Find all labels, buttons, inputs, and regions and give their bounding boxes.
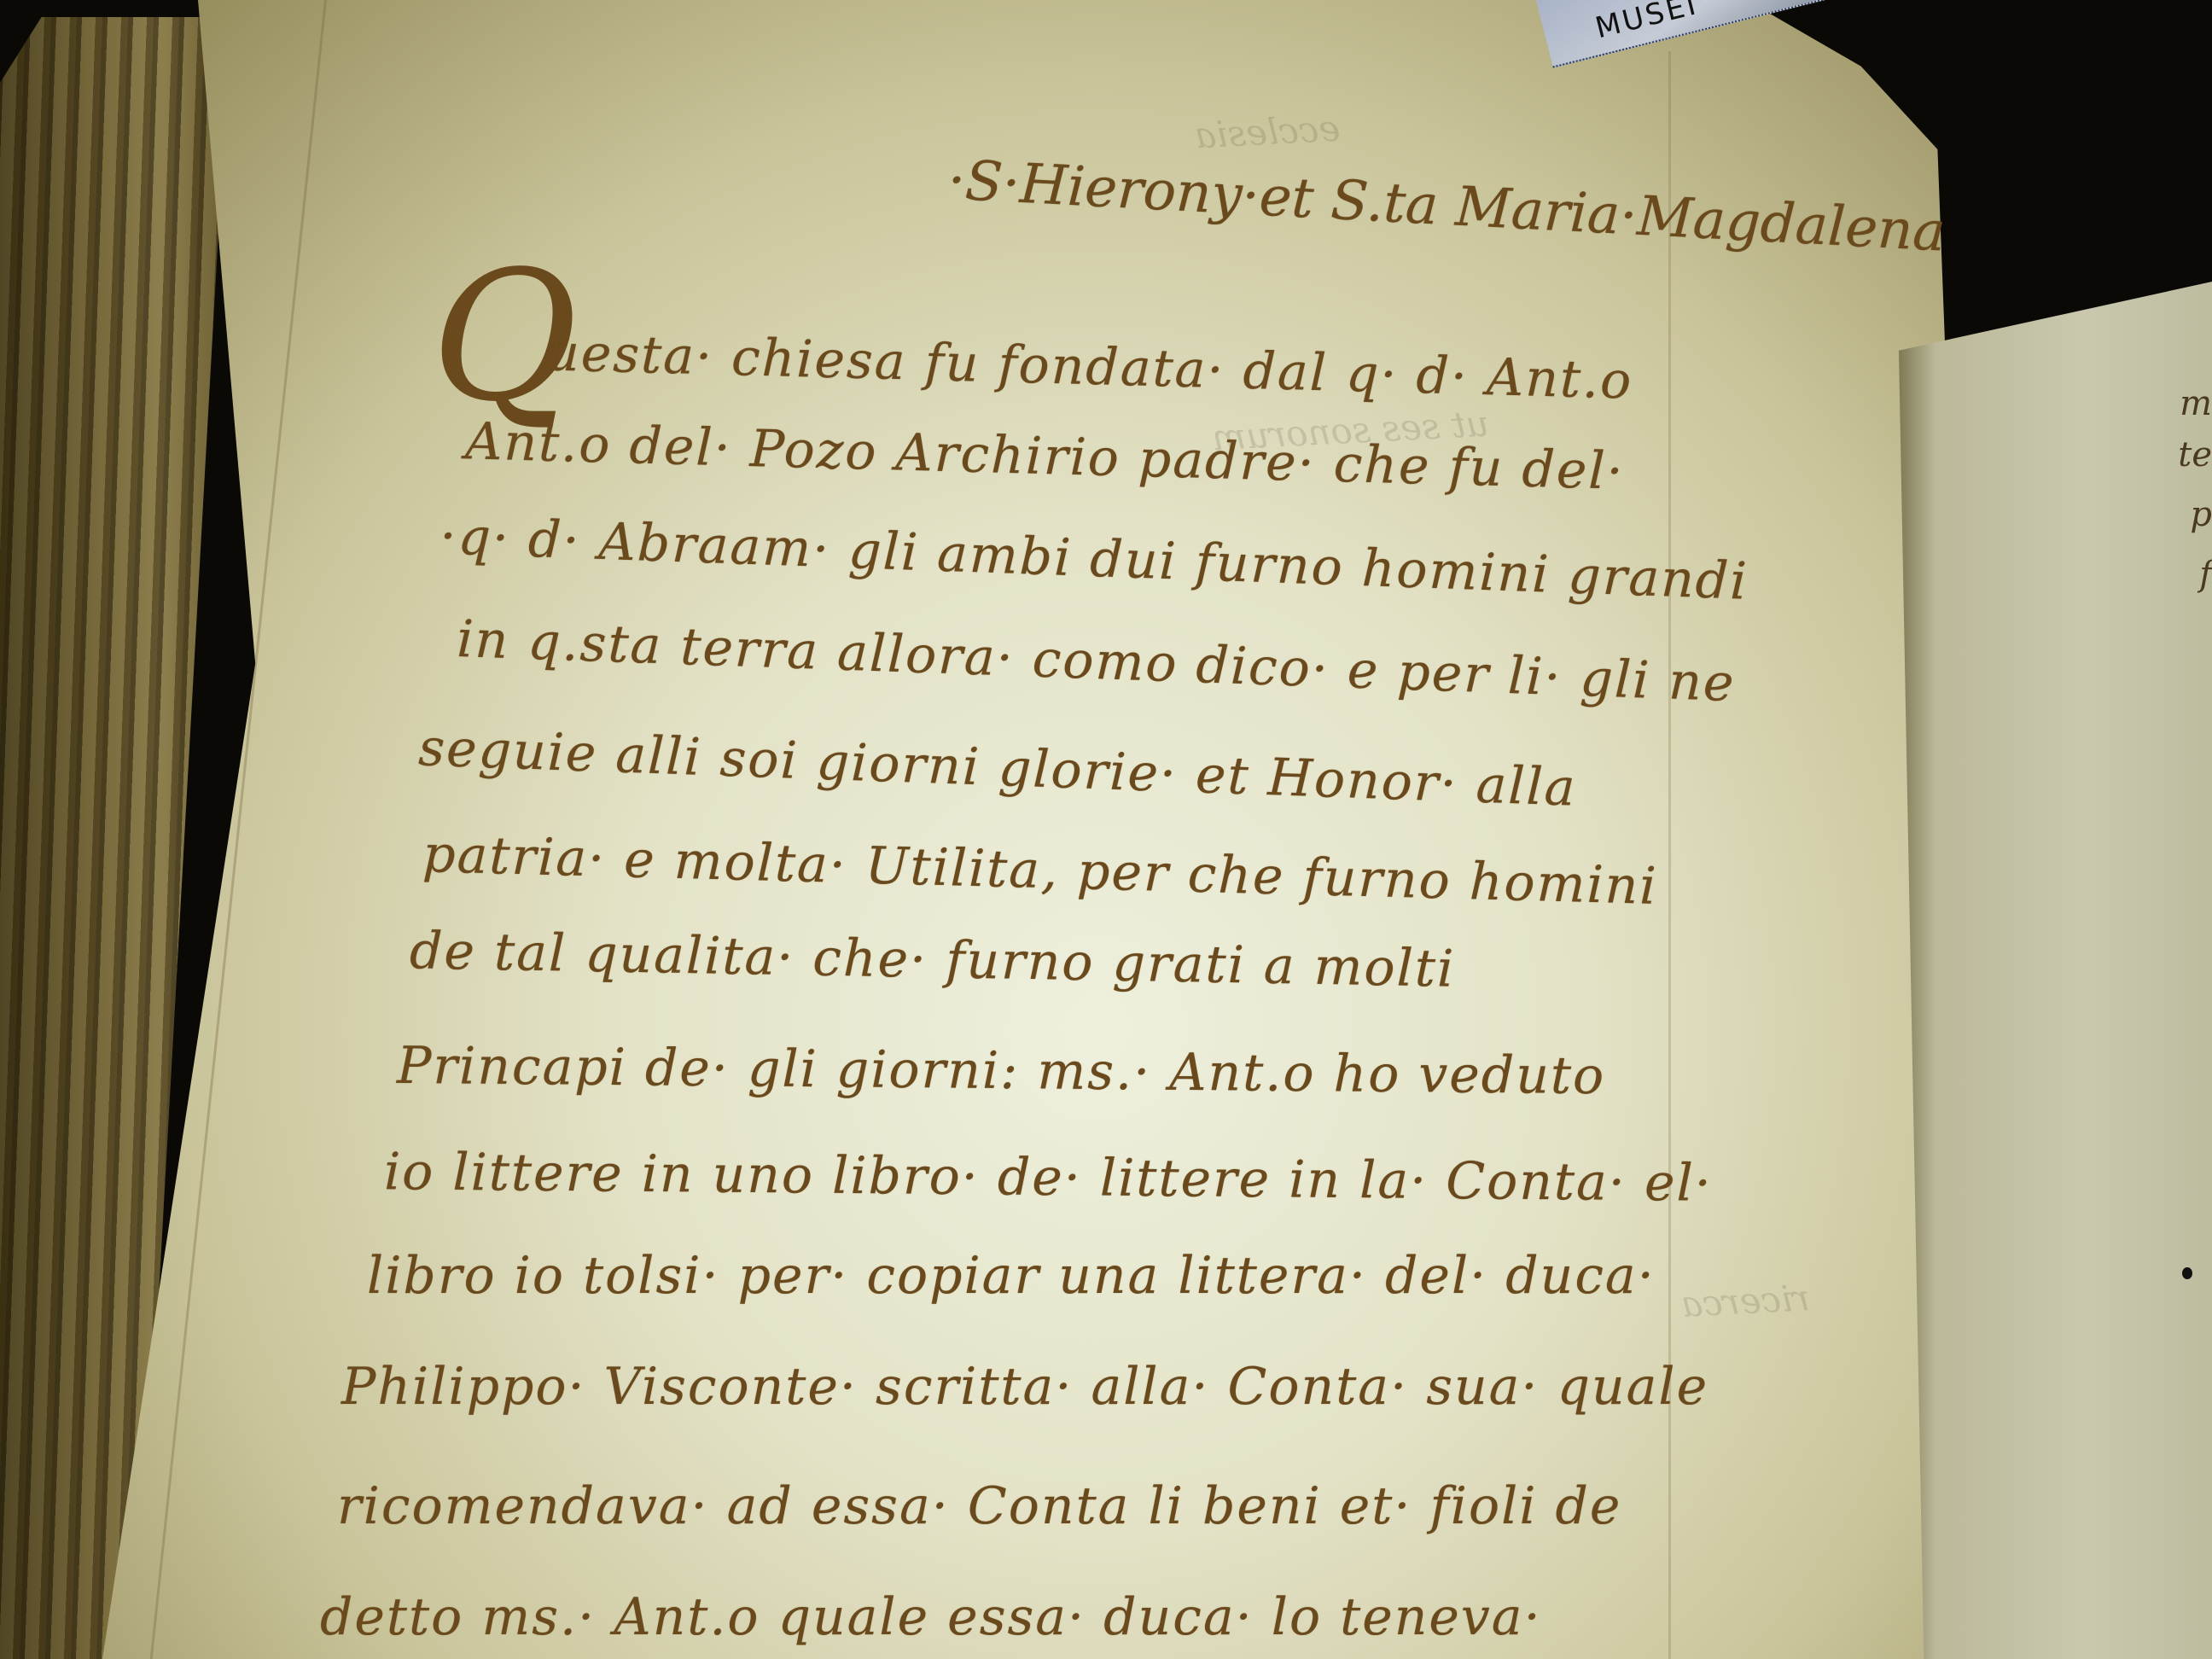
- bleed-through-text: ricerca: [1680, 1277, 1811, 1325]
- manuscript-line: detto ms.· Ant.o quale essa· duca· lo te…: [320, 1587, 1542, 1647]
- right-page-fragment: m: [2180, 384, 2212, 423]
- margin-rule-right: [1668, 51, 1671, 1659]
- right-page-fragment: te: [2178, 435, 2212, 474]
- manuscript-line: Philippo· Visconte· scritta· alla· Conta…: [341, 1357, 1708, 1417]
- bleed-through-text: ecclesia: [1194, 108, 1342, 157]
- ink-dot: [2182, 1267, 2192, 1279]
- right-page-fragment: p: [2190, 495, 2212, 534]
- right-page-fragment: f: [2199, 555, 2212, 594]
- manuscript-line: ricomendava· ad essa· Conta li beni et· …: [337, 1476, 1621, 1536]
- manuscript-line: Princapi de· gli giorni: ms.· Ant.o ho v…: [397, 1036, 1606, 1106]
- right-page: m te p f: [1899, 282, 2212, 1659]
- manuscript-line: libro io tolsi· per· copiar una littera·…: [367, 1246, 1656, 1306]
- manuscript-line: io littere in uno libro· de· littere in …: [384, 1142, 1713, 1214]
